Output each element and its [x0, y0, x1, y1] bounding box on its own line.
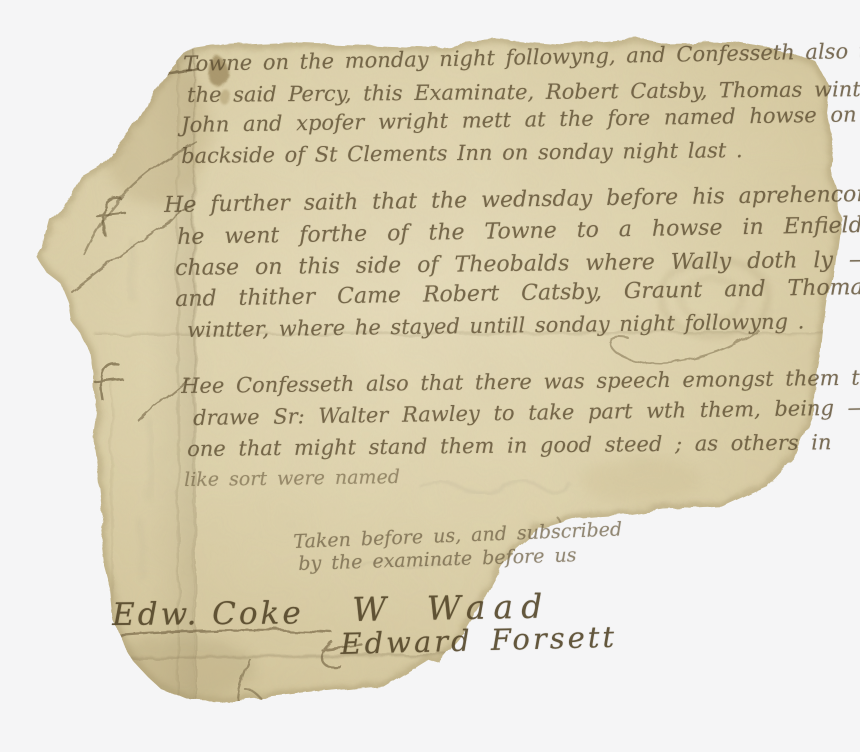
stain-mid — [580, 458, 700, 502]
manuscript-scan: Towne on the monday night followyng, and… — [0, 0, 860, 752]
stain-bottom-left — [105, 636, 255, 700]
signature-forsett: Edward Forsett — [340, 620, 617, 661]
signature-coke: Edw. Coke — [112, 595, 304, 633]
manuscript-line: like sort were named — [184, 466, 400, 491]
